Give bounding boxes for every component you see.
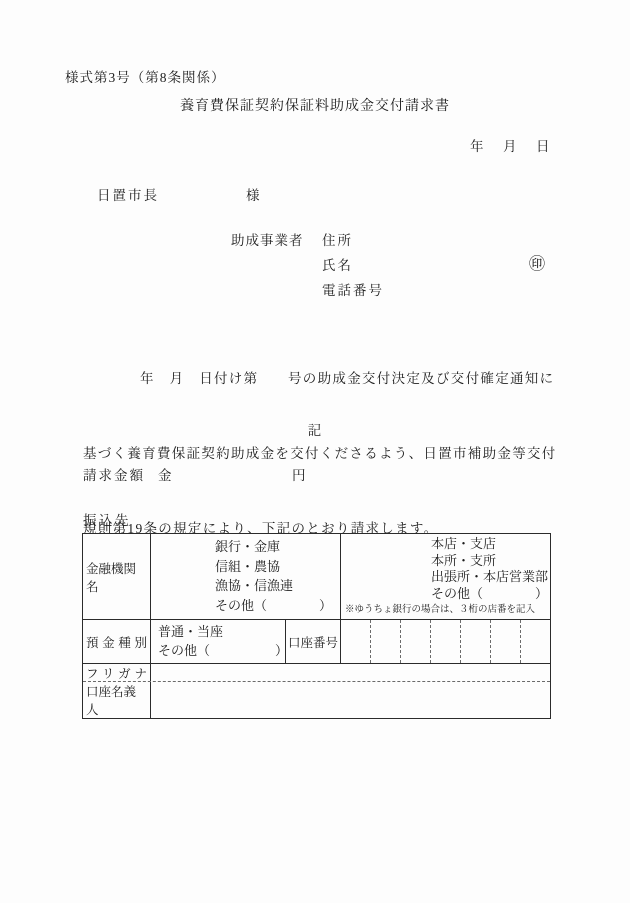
- applicant-field-phone: 電話番号: [322, 279, 384, 299]
- furigana-row: フリガナ: [83, 663, 550, 681]
- account-number-cells: [341, 620, 550, 663]
- bank-type-options: 銀行・金庫 信組・農協 漁協・信漁連 その他（ ）: [151, 534, 341, 619]
- branch-type-options: 本店・支店 本所・支所 出張所・本店営業部 その他（ ） ※ゆうちょ銀行の場合は…: [341, 534, 550, 619]
- record-mark: 記: [0, 419, 630, 439]
- amount-unit: 円: [292, 464, 306, 484]
- account-digit-cell[interactable]: [370, 620, 400, 663]
- deposit-type-option: 普通・当座: [158, 622, 285, 641]
- bank-type-option: その他（ ）: [215, 596, 340, 616]
- amount-label: 請求金額: [83, 464, 145, 484]
- account-digit-cell[interactable]: [520, 620, 550, 663]
- amount-prefix: 金: [158, 464, 172, 484]
- bank-type-option: 漁協・信漁連: [215, 576, 340, 596]
- addressee-name: 日置市長: [97, 184, 159, 204]
- branch-type-option: 本店・支店: [431, 536, 550, 553]
- financial-institution-label: 金融機関名: [83, 534, 151, 619]
- yucho-note: ※ゆうちょ銀行の場合は、３桁の店番を記入: [345, 602, 548, 619]
- applicant-field-name: 氏名: [322, 254, 353, 274]
- body-line-1: 年 月 日付け第 号の助成金交付決定及び交付確定通知に: [83, 366, 551, 391]
- account-holder-row: 口座名義人: [83, 681, 550, 718]
- transfer-section-label: 振込先: [83, 509, 131, 529]
- deposit-type-options: 普通・当座 その他（ ）: [151, 620, 286, 663]
- account-digit-cell[interactable]: [430, 620, 460, 663]
- applicant-field-address: 住所: [322, 229, 353, 249]
- furigana-field[interactable]: [151, 664, 550, 681]
- deposit-type-label: 預金種別: [83, 620, 151, 663]
- transfer-table: 金融機関名 銀行・金庫 信組・農協 漁協・信漁連 その他（ ） 本店・支店 本所…: [82, 533, 551, 719]
- deposit-type-row: 預金種別 普通・当座 その他（ ） 口座番号: [83, 619, 550, 663]
- branch-type-option: 本所・支所: [431, 553, 550, 570]
- account-digit-cell[interactable]: [400, 620, 430, 663]
- account-digit-cell[interactable]: [460, 620, 490, 663]
- account-digit-cell[interactable]: [341, 620, 370, 663]
- furigana-label: フリガナ: [83, 664, 151, 681]
- body-line-2: 基づく養育費保証契約助成金を交付くださるよう、日置市補助金等交付: [83, 441, 551, 466]
- applicant-label: 助成事業者: [231, 229, 304, 249]
- account-digit-cell[interactable]: [490, 620, 520, 663]
- branch-type-option: 出張所・本店営業部: [431, 569, 550, 586]
- document-page: 様式第3号（第8条関係） 養育費保証契約保証料助成金交付請求書 年 月 日 日置…: [0, 0, 630, 903]
- financial-institution-row: 金融機関名 銀行・金庫 信組・農協 漁協・信漁連 その他（ ） 本店・支店 本所…: [83, 534, 550, 619]
- seal-mark: ㊞: [529, 251, 545, 274]
- date-line: 年 月 日: [470, 135, 553, 155]
- branch-type-option: その他（ ）: [431, 586, 550, 603]
- account-holder-field[interactable]: [151, 682, 550, 718]
- bank-type-option: 銀行・金庫: [215, 537, 340, 557]
- form-number: 様式第3号（第8条関係）: [65, 66, 226, 86]
- deposit-type-option: その他（ ）: [158, 641, 285, 660]
- account-holder-label: 口座名義人: [83, 682, 151, 718]
- bank-type-option: 信組・農協: [215, 557, 340, 577]
- account-number-label: 口座番号: [286, 620, 341, 663]
- document-title: 養育費保証契約保証料助成金交付請求書: [0, 95, 630, 115]
- addressee-honorific: 様: [246, 184, 260, 204]
